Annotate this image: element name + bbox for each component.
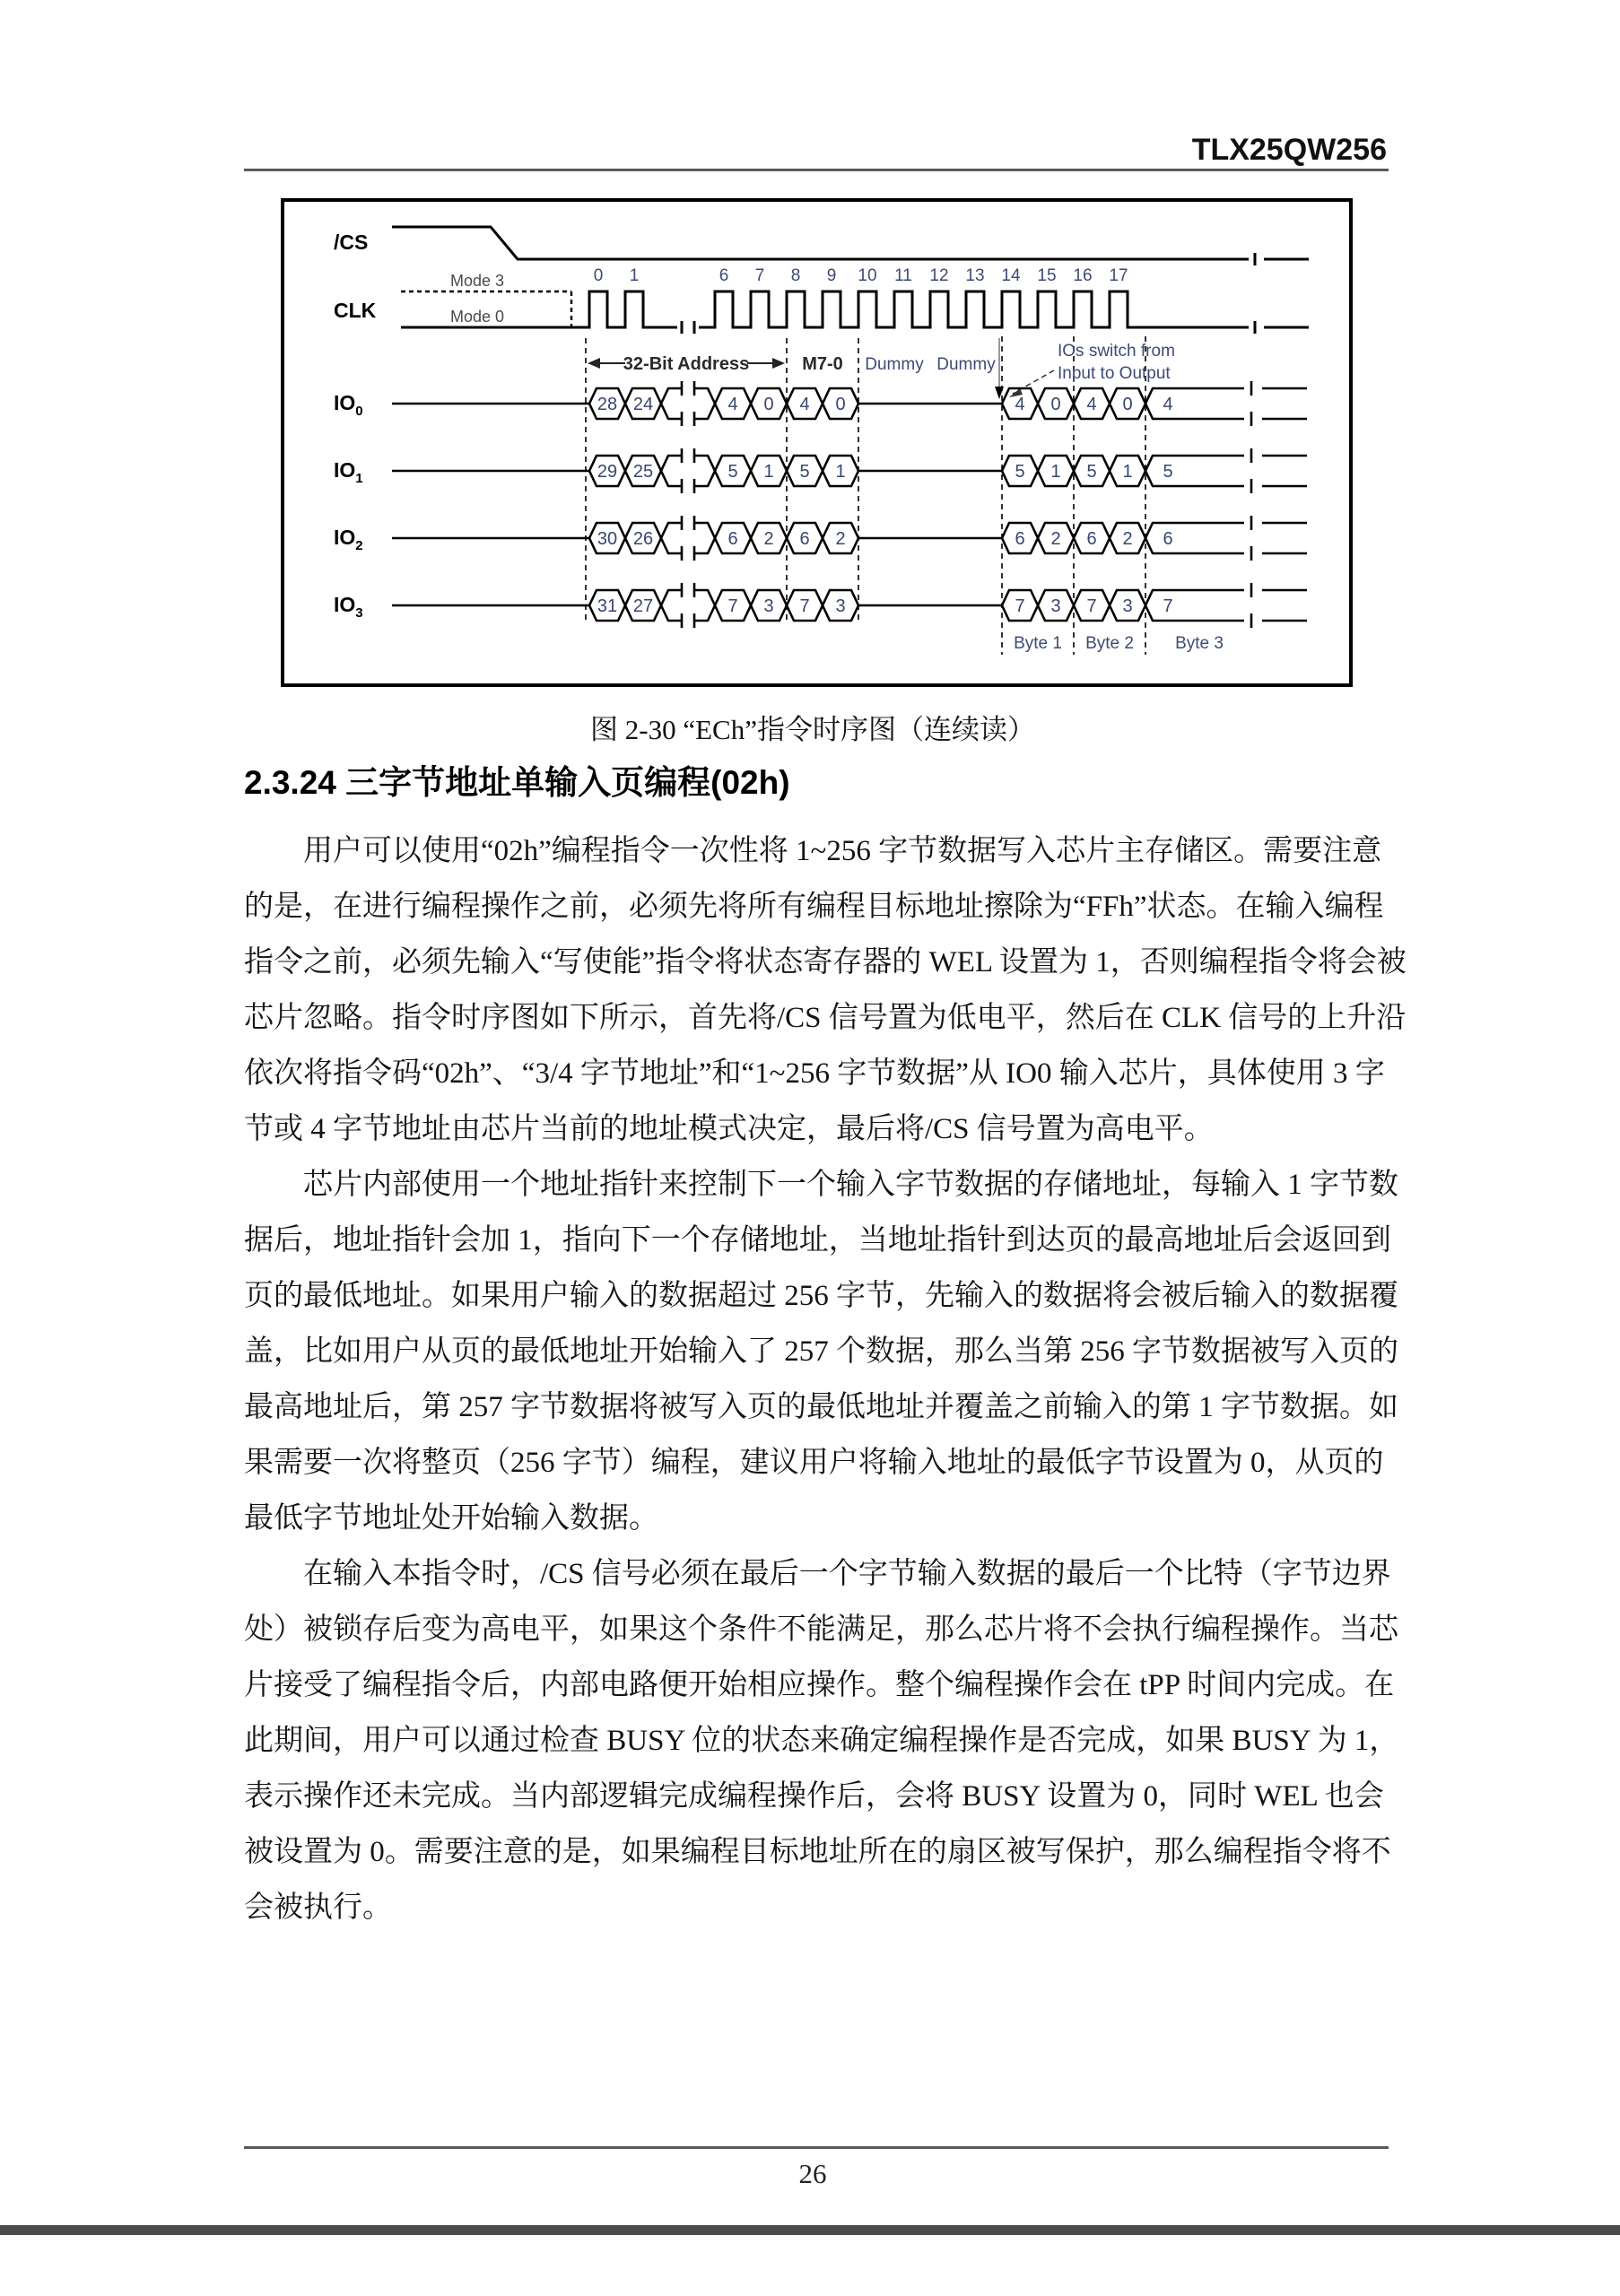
io-cell-value: 30 <box>597 529 617 549</box>
dummy-label: Dummy <box>865 355 924 374</box>
io-cell-value: 27 <box>633 596 653 616</box>
io-cell-value: 1 <box>835 462 845 482</box>
clk-mode0-label: Mode 0 <box>450 308 504 326</box>
io0-row: IO0 28 24 4 0 4 0 4 0 4 0 4 <box>334 381 1307 426</box>
io-cell-value: 2 <box>1050 529 1060 549</box>
timing-diagram-figure: /CS CLK Mode 3 Mode 0 0 1 6 7 8 9 10 11 … <box>281 198 1353 687</box>
address-label: 32-Bit Address <box>623 354 749 374</box>
io-cell-value: 3 <box>1050 596 1060 616</box>
text-line: 最高地址后，第 257 字节数据将被写入页的最低地址并覆盖之前输入的第 1 字节… <box>244 1379 1381 1435</box>
io-cell-value: 0 <box>1122 395 1132 414</box>
ios-switch-label-line1: IOs switch from <box>1058 342 1175 361</box>
clk-number: 16 <box>1073 266 1092 285</box>
io-cell-value: 6 <box>1015 529 1024 549</box>
io-cell-value: 1 <box>763 462 773 482</box>
io-cell-value: 4 <box>1163 395 1172 414</box>
text-line: 此期间，用户可以通过检查 BUSY 位的状态来确定编程操作是否完成，如果 BUS… <box>244 1713 1381 1769</box>
arrow-left-icon <box>588 358 600 369</box>
timing-diagram-svg: /CS CLK Mode 3 Mode 0 0 1 6 7 8 9 10 11 … <box>284 202 1349 683</box>
io-cell-value: 5 <box>1086 462 1096 482</box>
text-line: 果需要一次将整页（256 字节）编程，建议用户将输入地址的最低字节设置为 0，从… <box>244 1435 1381 1491</box>
io-cell-value: 6 <box>1086 529 1096 549</box>
io-cell-value: 3 <box>1122 596 1132 616</box>
figure-caption: 图 2-30 “ECh”指令时序图（连续读） <box>244 707 1381 747</box>
io-cell-value: 25 <box>633 462 653 482</box>
footer-rule <box>244 2146 1389 2149</box>
io-cell-value: 7 <box>1086 596 1096 616</box>
io-cell-value: 5 <box>799 462 809 482</box>
io-cell-value: 1 <box>1122 462 1132 482</box>
dashed-guides <box>586 336 1145 655</box>
text-line: 节或 4 字节地址由芯片当前的地址模式决定，最后将/CS 信号置为高电平。 <box>244 1101 1381 1157</box>
section-heading: 2.3.24 三字节地址单输入页编程(02h) <box>244 755 1381 804</box>
io-cell-value: 7 <box>799 596 809 616</box>
io2-row: IO2 30 26 6 2 6 2 6 2 6 2 6 <box>334 516 1307 561</box>
io-cell-value: 0 <box>763 395 773 414</box>
text-line: 会被执行。 <box>244 1880 1381 1935</box>
io-cell-value: 2 <box>1122 529 1132 549</box>
io-cell-value: 6 <box>727 529 737 549</box>
text-line: 指令之前，必须先输入“写使能”指令将状态寄存器的 WEL 设置为 1，否则编程指… <box>244 935 1381 990</box>
text-line: 用户可以使用“02h”编程指令一次性将 1~256 字节数据写入芯片主存储区。需… <box>244 823 1381 879</box>
io-cell-value: 7 <box>1015 596 1024 616</box>
io-cell-value: 2 <box>763 529 773 549</box>
body-text: 用户可以使用“02h”编程指令一次性将 1~256 字节数据写入芯片主存储区。需… <box>244 823 1381 1935</box>
byte3-label: Byte 3 <box>1175 634 1224 653</box>
clk-number: 11 <box>894 266 912 285</box>
clk-waveform <box>401 291 1249 327</box>
io-cell-value: 24 <box>633 395 653 414</box>
io-cell-value: 3 <box>835 596 845 616</box>
ios-switch-label-line2: Input to Output <box>1058 364 1171 383</box>
io-cell-value: 5 <box>1163 462 1172 482</box>
annotation-band: 32-Bit Address M7-0 Dummy Dummy IOs swit… <box>588 338 1175 399</box>
text-line: 页的最低地址。如果用户输入的数据超过 256 字节，先输入的数据将会被后输入的数… <box>244 1268 1381 1324</box>
io-cell-value: 2 <box>835 529 845 549</box>
clk-number: 10 <box>858 266 876 285</box>
text-line: 处）被锁存后变为高电平，如果这个条件不能满足，那么芯片将不会执行编程操作。当芯 <box>244 1602 1381 1657</box>
clk-number: 17 <box>1109 266 1128 285</box>
io-cell-value: 6 <box>1163 529 1172 549</box>
clk-signal-label: CLK <box>334 299 377 322</box>
io-cell-value: 0 <box>835 395 845 414</box>
io-cell-value: 1 <box>1050 462 1060 482</box>
io0-signal-label: IO0 <box>334 391 363 419</box>
text-line: 依次将指令码“02h”、“3/4 字节地址”和“1~256 字节数据”从 IO0… <box>244 1046 1381 1101</box>
text-line: 芯片内部使用一个地址指针来控制下一个输入字节数据的存储地址，每输入 1 字节数 <box>244 1157 1381 1213</box>
cs-signal-label: /CS <box>334 230 368 254</box>
text-line: 被设置为 0。需要注意的是，如果编程目标地址所在的扇区被写保护，那么编程指令将不 <box>244 1824 1381 1880</box>
byte2-label: Byte 2 <box>1085 634 1134 653</box>
clk-number: 9 <box>827 266 837 285</box>
header-rule <box>244 169 1389 171</box>
io1-row: IO1 29 25 5 1 5 1 5 1 5 1 5 <box>334 448 1307 493</box>
clk-number: 14 <box>1001 266 1021 285</box>
clk-number: 6 <box>719 266 729 285</box>
cs-break-mark <box>1255 253 1309 265</box>
clk-mode3-label: Mode 3 <box>450 272 504 290</box>
byte-labels: Byte 1 Byte 2 Byte 3 <box>1014 634 1224 653</box>
io-cell-value: 31 <box>597 596 617 616</box>
text-line: 的是，在进行编程操作之前，必须先将所有编程目标地址擦除为“FFh”状态。在输入编… <box>244 879 1381 935</box>
byte1-label: Byte 1 <box>1014 634 1062 653</box>
io-cell-value: 0 <box>1050 395 1060 414</box>
io-cell-value: 4 <box>727 395 737 414</box>
text-line: 片接受了编程指令后，内部电路便开始相应操作。整个编程操作会在 tPP 时间内完成… <box>244 1657 1381 1713</box>
io-cell-value: 6 <box>799 529 809 549</box>
text-line: 盖，比如用户从页的最低地址开始输入了 257 个数据，那么当第 256 字节数据… <box>244 1324 1381 1379</box>
io-cell-value: 4 <box>1015 395 1024 414</box>
io-cell-value: 7 <box>1163 596 1172 616</box>
clk-number: 0 <box>594 266 604 285</box>
page-header-title: TLX25QW256 <box>244 133 1387 168</box>
io-cell-value: 3 <box>763 596 773 616</box>
clk-number: 8 <box>791 266 801 285</box>
io-cell-value: 5 <box>727 462 737 482</box>
io-cell-value: 4 <box>799 395 809 414</box>
clk-number: 7 <box>755 266 765 285</box>
text-line: 据后，地址指针会加 1，指向下一个存储地址，当地址指针到达页的最高地址后会返回到 <box>244 1213 1381 1268</box>
clk-number: 12 <box>929 266 948 285</box>
io-cell-value: 5 <box>1015 462 1024 482</box>
clk-numbers: 0 1 6 7 8 9 10 11 12 13 14 15 16 17 <box>594 266 1128 285</box>
text-line: 在输入本指令时，/CS 信号必须在最后一个字节输入数据的最后一个比特（字节边界 <box>244 1546 1381 1602</box>
text-line: 最低字节地址处开始输入数据。 <box>244 1491 1381 1546</box>
cs-waveform <box>392 227 1249 259</box>
text-line: 芯片忽略。指令时序图如下所示，首先将/CS 信号置为低电平，然后在 CLK 信号… <box>244 990 1381 1046</box>
io3-signal-label: IO3 <box>334 593 363 621</box>
clk-number: 15 <box>1037 266 1056 285</box>
page-number: 26 <box>244 2158 1381 2190</box>
io1-signal-label: IO1 <box>334 458 363 486</box>
io-cell-value: 28 <box>597 395 617 414</box>
io-cell-value: 29 <box>597 462 617 482</box>
text-line: 表示操作还未完成。当内部逻辑完成编程操作后，会将 BUSY 设置为 0，同时 W… <box>244 1769 1381 1824</box>
io3-waveform <box>392 590 1244 621</box>
io2-signal-label: IO2 <box>334 526 363 553</box>
io3-row: IO3 31 27 7 3 7 3 7 3 7 3 7 <box>334 583 1307 628</box>
document-page: TLX25QW256 /CS CLK Mode 3 Mode 0 <box>0 0 1620 2296</box>
bottom-bar <box>0 2225 1620 2235</box>
io2-waveform <box>392 523 1244 553</box>
clk-number: 13 <box>965 266 984 285</box>
dummy-label: Dummy <box>936 355 996 374</box>
io1-waveform <box>392 456 1244 486</box>
io0-waveform <box>392 388 1244 419</box>
io-cell-value: 7 <box>727 596 737 616</box>
mbits-label: M7-0 <box>802 354 843 374</box>
io-cell-value: 4 <box>1086 395 1096 414</box>
arrow-right-icon <box>772 358 785 369</box>
clk-number: 1 <box>630 266 640 285</box>
io-cell-value: 26 <box>633 529 653 549</box>
